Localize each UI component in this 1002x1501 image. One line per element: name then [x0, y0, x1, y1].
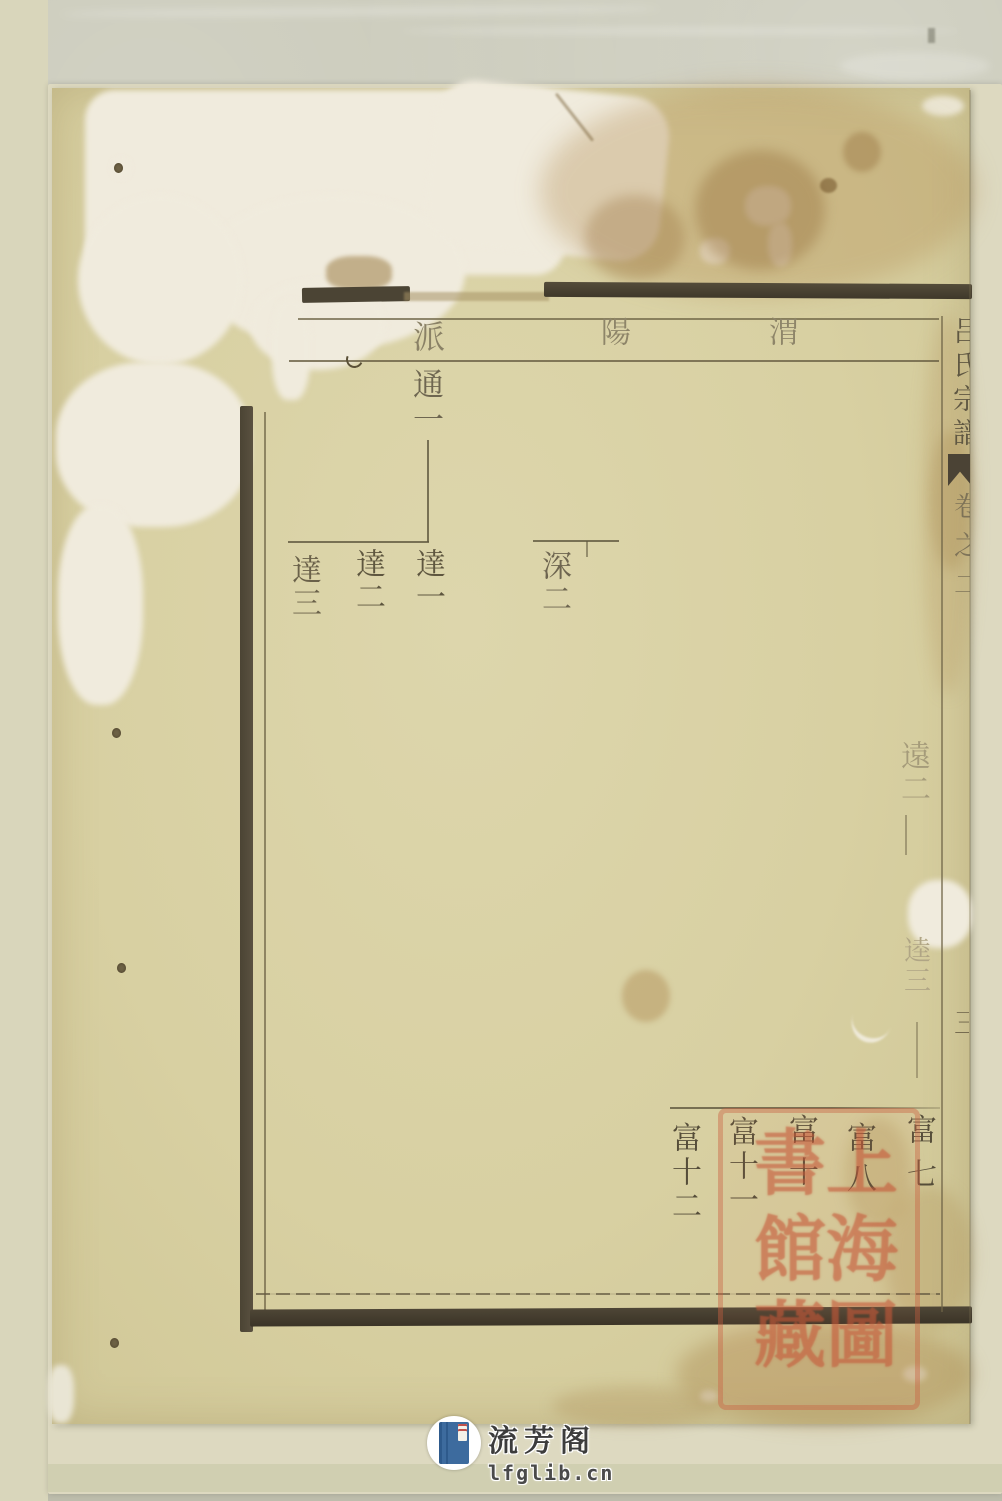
- stain: [622, 970, 670, 1022]
- wormhole: [114, 163, 123, 173]
- tree-node-da3: 達三: [288, 554, 318, 620]
- spine-strip: 吕氏宗譜 卷之二: [944, 312, 970, 642]
- header-row-divider: [289, 360, 939, 362]
- frame-top-border-left: [302, 286, 410, 303]
- stain-dot: [820, 178, 837, 193]
- fishtail-mark: [948, 454, 970, 486]
- torn-corner: [48, 1365, 74, 1423]
- tree-line-right-vertical-2: [916, 1022, 918, 1078]
- seal-right-column: 上海圖: [803, 1125, 907, 1383]
- header-char-pai: 派: [411, 320, 443, 352]
- ink-smudge: [326, 256, 392, 290]
- torn-patch: [78, 195, 243, 365]
- watermark-site-name: 流芳阁: [488, 1416, 614, 1460]
- spine-title: 吕氏宗譜: [950, 316, 970, 452]
- tree-node-root: 通一: [410, 368, 441, 438]
- stain: [843, 132, 881, 172]
- watermark-site-url: lfglib.cn: [488, 1461, 614, 1485]
- edge-mark: [928, 28, 935, 43]
- watermark-text-block: 流芳阁 lfglib.cn: [488, 1416, 614, 1485]
- paper-wrinkle: [60, 5, 660, 17]
- tree-node-da2: 達二: [352, 548, 382, 614]
- watermark-badge: [427, 1416, 481, 1470]
- torn-patch: [58, 505, 143, 705]
- folio-number: 三: [951, 1008, 969, 1036]
- book-label: [458, 1424, 467, 1441]
- header-char-yang: 陽: [597, 316, 627, 346]
- tree-line-cousin-bracket: [533, 540, 619, 542]
- tree-line-root-vertical: [427, 440, 429, 542]
- wormhole: [112, 728, 121, 738]
- frame-top-border-worn: [404, 292, 549, 301]
- tree-line-right-vertical-1: [905, 815, 907, 855]
- header-char-wei: 渭: [765, 316, 795, 346]
- frame-right-line: [941, 316, 943, 1312]
- paper-wrinkle: [840, 52, 990, 80]
- tree-node-da1: 達一: [412, 548, 442, 614]
- torn-patch: [56, 362, 251, 527]
- tree-node-shen2: 深二: [538, 550, 568, 616]
- book-icon: [439, 1422, 469, 1464]
- scanned-genealogy-page: 渭 陽 派 通一 達一 達二 達三 深二 遠二 逵三 富七 富八 富十 富十一 …: [0, 0, 1002, 1501]
- torn-patch: [272, 300, 310, 400]
- frame-left-inner-line: [264, 412, 266, 1312]
- tree-node-yuan2: 遠二: [897, 740, 927, 806]
- paper-wrinkle: [400, 28, 960, 34]
- stain: [695, 150, 825, 270]
- stain: [585, 195, 685, 280]
- page-fold-edge: [969, 90, 971, 1424]
- site-watermark: 流芳阁 lfglib.cn: [427, 1416, 614, 1485]
- wormhole: [110, 1338, 119, 1348]
- torn-speck: [922, 96, 964, 116]
- left-paper-strip: [0, 0, 48, 1501]
- library-seal-stamp: 書館藏 上海圖: [718, 1108, 920, 1410]
- tree-line-children-horizontal: [288, 541, 429, 543]
- frame-left-border: [240, 406, 253, 1332]
- tree-node-kui3: 逵三: [901, 936, 928, 996]
- wormhole: [117, 963, 126, 973]
- spine-volume: 卷之二: [951, 492, 970, 609]
- tree-line-bracket-tick: [586, 541, 588, 557]
- frame-top-border: [544, 282, 972, 299]
- tree-node-fu12: 富十二: [668, 1122, 698, 1224]
- folio-strip: 三: [944, 1004, 969, 1068]
